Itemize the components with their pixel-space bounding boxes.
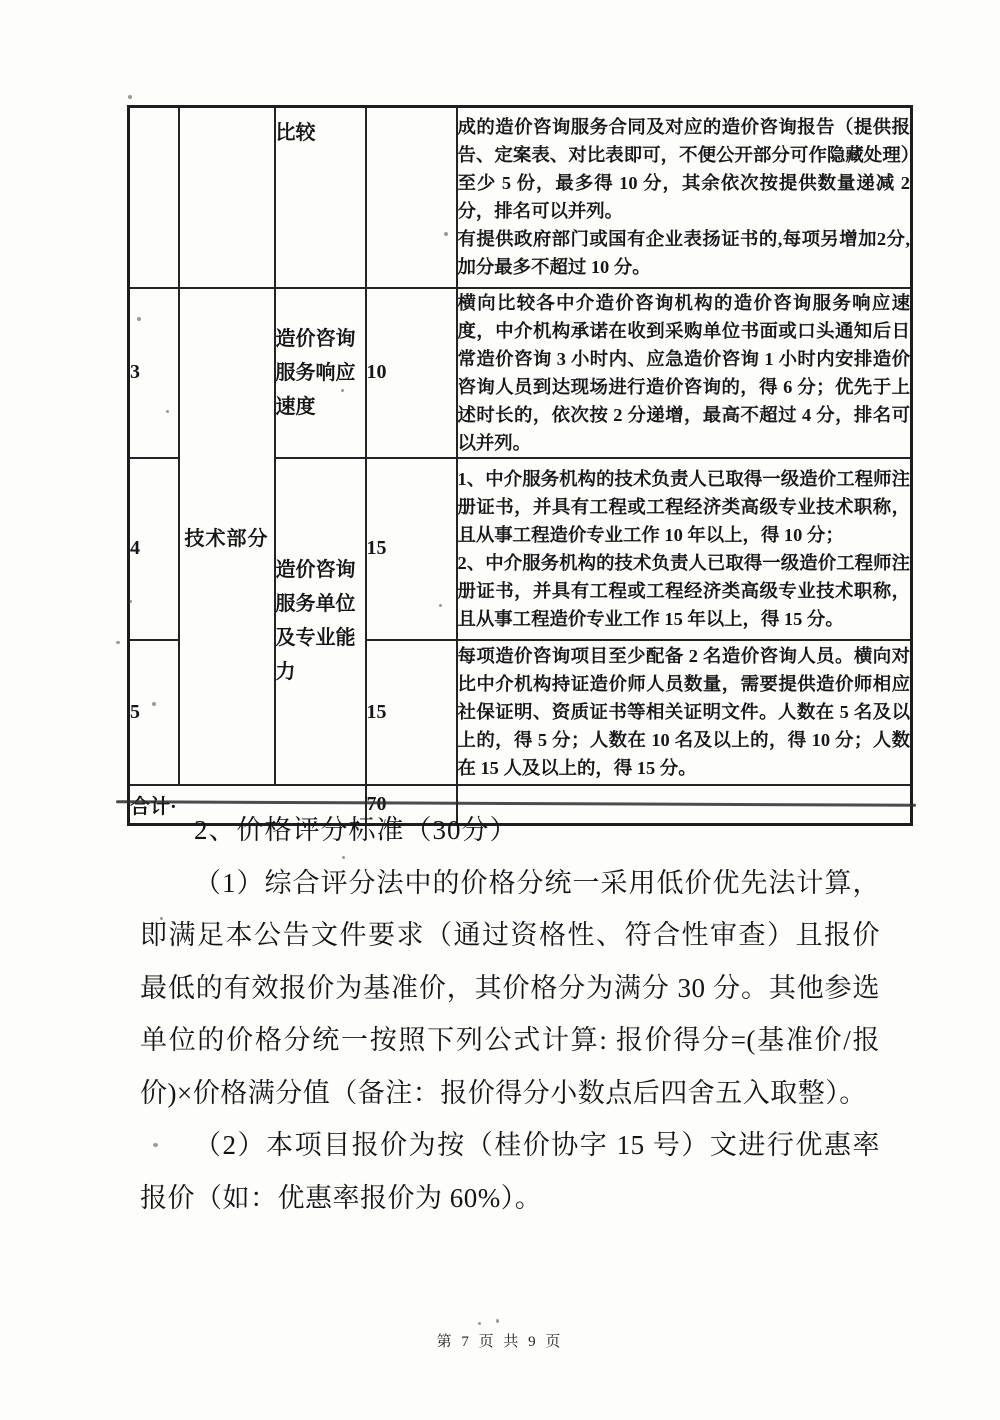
cell-criteria-contracts: 成的造价咨询服务合同及对应的造价咨询报告（提供报告、定案表、对比表即可，不便公开… — [457, 107, 912, 288]
page-number: 第 7 页 共 9 页 — [0, 1330, 1000, 1351]
scan-speck — [128, 95, 132, 99]
price-section: 2、价格评分标准（30分） （1）综合评分法中的价格分统一采用低价优先法计算，即… — [140, 804, 880, 1224]
cell-item-compare: 比较 — [275, 107, 366, 288]
cell-item-response-speed: 造价咨询服务响应速度 — [275, 288, 366, 458]
scan-speck — [137, 317, 141, 321]
cell-criteria-staffing: 每项造价咨询项目至少配备 2 名造价咨询人员。横向对比中介机构持证造价师人员数量… — [457, 640, 912, 785]
scan-speck — [342, 856, 345, 859]
scan-speck — [172, 921, 175, 924]
scan-speck — [341, 389, 344, 392]
cell-seq-5: 5 — [129, 640, 179, 785]
scan-speck — [439, 604, 442, 607]
table-row-continuation: 比较 成的造价咨询服务合同及对应的造价咨询报告（提供报告、定案表、对比表即可，不… — [129, 107, 912, 288]
cell-seq-4: 4 — [129, 458, 179, 640]
cell-score-15a: 15 — [366, 458, 457, 640]
scan-speck — [129, 600, 132, 603]
scan-speck — [496, 1319, 499, 1323]
scan-speck — [116, 641, 120, 644]
scoring-table: 比较 成的造价咨询服务合同及对应的造价咨询报告（提供报告、定案表、对比表即可，不… — [127, 105, 913, 826]
cell-criteria-response-speed: 横向比较各中介造价咨询机构的造价咨询服务响应速度，中介机构承诺在收到采购单位书面… — [457, 288, 912, 458]
scan-speck — [160, 917, 163, 920]
cell-group-empty — [179, 107, 275, 288]
cell-group-technical: 技术部分 — [179, 288, 275, 785]
price-section-heading: 2、价格评分标准（30分） — [140, 804, 880, 857]
cell-score-10: 10 — [366, 288, 457, 458]
scan-speck — [166, 410, 169, 413]
cell-score-15b: 15 — [366, 640, 457, 785]
scan-speck — [153, 1143, 158, 1147]
scan-speck — [444, 232, 448, 236]
cell-seq-3: 3 — [129, 288, 179, 458]
price-paragraph-2: （2）本项目报价为按（桂价协字 15 号）文进行优惠率报价（如：优惠率报价为 6… — [140, 1119, 880, 1224]
cell-seq-empty — [129, 107, 179, 288]
price-paragraph-1: （1）综合评分法中的价格分统一采用低价优先法计算，即满足本公告文件要求（通过资格… — [140, 857, 880, 1120]
scan-speck — [152, 702, 156, 706]
document-page: 比较 成的造价咨询服务合同及对应的造价咨询报告（提供报告、定案表、对比表即可，不… — [0, 0, 1000, 1420]
scan-speck — [478, 1322, 481, 1325]
cell-criteria-tech-lead: 1、中介服务机构的技术负责人已取得一级造价工程师注册证书，并具有工程或工程经济类… — [457, 458, 912, 640]
cell-item-unit-capability: 造价咨询服务单位及专业能力 — [275, 458, 366, 785]
cell-score-empty — [366, 107, 457, 288]
table-row-3: 3 技术部分 造价咨询服务响应速度 10 横向比较各中介造价咨询机构的造价咨询服… — [129, 288, 912, 458]
